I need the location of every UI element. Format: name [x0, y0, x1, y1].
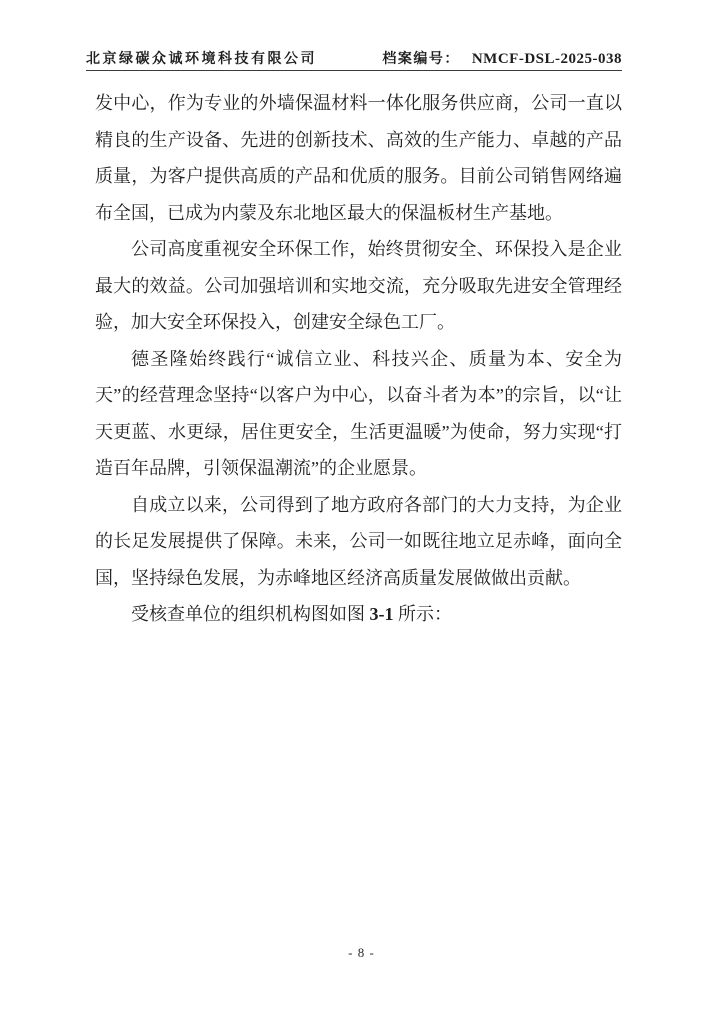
figure-line-prefix: 受核查单位的组织机构图如图 [131, 604, 370, 624]
document-page: 北京绿碳众诚环境科技有限公司 档案编号： NMCF-DSL-2025-038 发… [0, 0, 723, 1024]
archive-number-group: 档案编号： NMCF-DSL-2025-038 [382, 48, 622, 68]
paragraph-government-support: 自成立以来，公司得到了地方政府各部门的大力支持，为企业的长足发展提供了保障。未来… [95, 487, 622, 597]
paragraph-business-philosophy: 德圣隆始终践行“诚信立业、科技兴企、质量为本、安全为天”的经营理念坚持“以客户为… [95, 341, 622, 487]
archive-number-value: NMCF-DSL-2025-038 [472, 51, 622, 68]
document-body: 发中心，作为专业的外墙保温材料一体化服务供应商，公司一直以精良的生产设备、先进的… [95, 85, 622, 633]
figure-caption-line: 受核查单位的组织机构图如图 3-1 所示： [95, 596, 622, 633]
archive-number-label: 档案编号： [382, 48, 460, 68]
page-footer: - 8 - [0, 944, 723, 962]
figure-reference: 3-1 [370, 604, 394, 624]
header-rule-divider [86, 70, 622, 71]
paragraph-safety-environment: 公司高度重视安全环保工作，始终贯彻安全、环保投入是企业最大的效益。公司加强培训和… [95, 231, 622, 341]
page-number: - 8 - [348, 945, 375, 960]
paragraph-company-intro-continued: 发中心，作为专业的外墙保温材料一体化服务供应商，公司一直以精良的生产设备、先进的… [95, 85, 622, 231]
company-name: 北京绿碳众诚环境科技有限公司 [86, 48, 317, 68]
figure-line-suffix: 所示： [394, 604, 453, 624]
